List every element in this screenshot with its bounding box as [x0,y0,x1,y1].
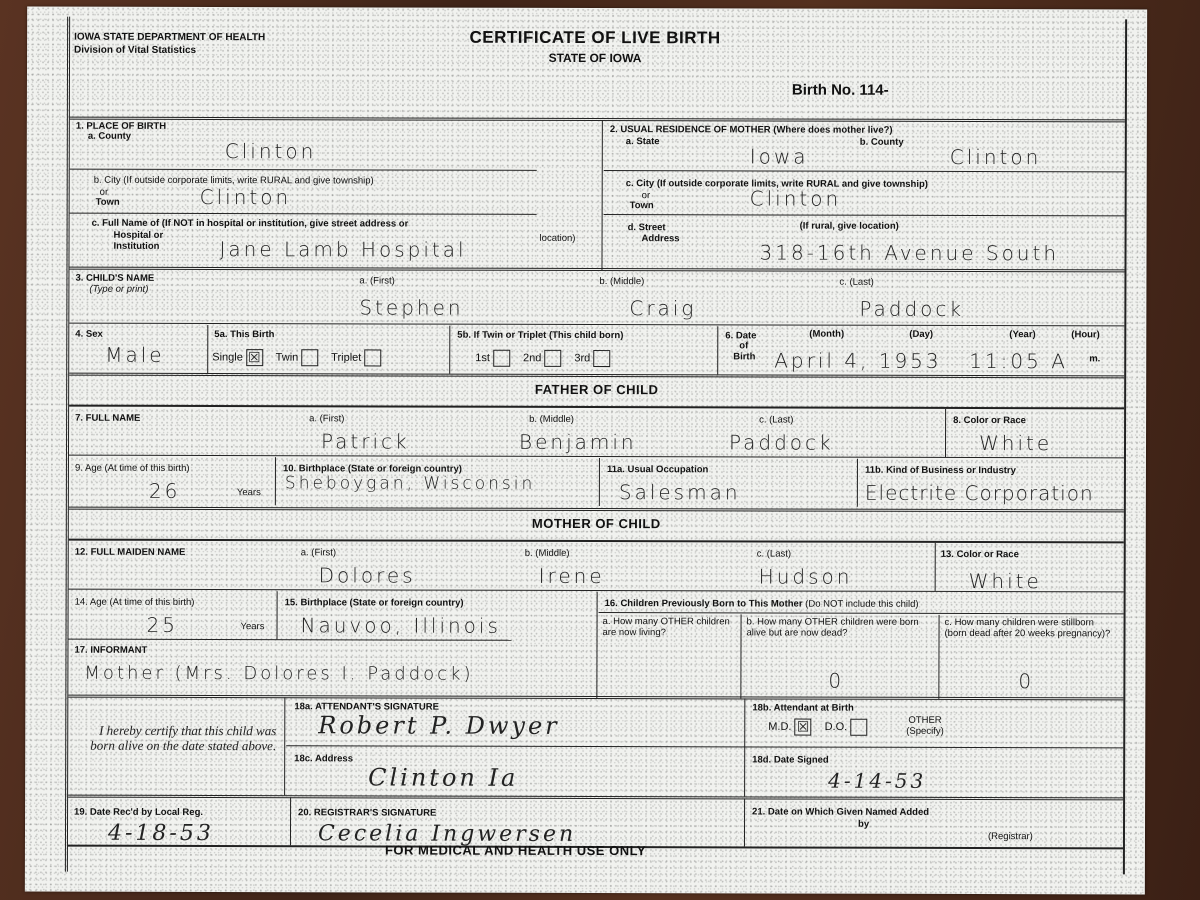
other-label: OTHER [906,715,944,726]
triplet-label: Triplet [331,352,361,364]
divider [938,615,939,699]
divider [284,697,285,795]
md-label: M.D. [768,721,791,733]
dob-label-birth: Birth [733,351,755,362]
single-label: Single [212,351,243,363]
department-header: IOWA STATE DEPARTMENT OF HEALTH Division… [74,31,265,58]
footer-note: FOR MEDICAL AND HEALTH USE ONLY [385,842,646,858]
twin-order-options: 1st 2nd 3rd [475,350,620,367]
father-race: White [979,431,1052,455]
first-order-label: 1st [475,352,490,364]
divider [277,591,278,639]
state-label: a. State [626,136,660,147]
by-label: by [858,819,869,830]
town-label: Town [630,200,654,211]
living-children-label: a. How many OTHER children are now livin… [603,616,735,638]
mother-middle-name: Irene [539,564,605,588]
divider [599,458,600,506]
triplet-checkbox[interactable] [364,349,381,366]
father-birthplace: Sheboygan, Wisconsin [285,475,585,493]
stillborn-label: c. How many children were stillborn (bor… [945,617,1115,639]
child-first-name: Stephen [359,295,463,319]
divider [68,795,1123,801]
birth-number: Birth No. 114- [792,82,889,99]
date-received-label: 19. Date Rec'd by Local Reg. [74,807,203,818]
location-label: location) [540,233,576,244]
first-label: a. (First) [359,275,394,286]
do-label: D.O. [825,721,848,733]
birth-city-value: Clinton [200,185,292,209]
twin-checkbox[interactable] [301,349,318,366]
divider [69,507,1124,513]
registrar-signature-label: 20. REGISTRAR'S SIGNATURE [298,807,436,818]
given-name-label: 21. Date on Which Given Named Added [752,806,929,817]
second-order-label: 2nd [523,352,541,364]
attendant-type-label: 18b. Attendant at Birth [752,702,854,713]
hospital-value: Jane Lamb Hospital [219,237,466,262]
dead-children-value: 0 [828,669,844,693]
father-occupation: Salesman [619,480,741,504]
child-middle-name: Craig [629,296,696,320]
county-label: a. County [88,131,131,142]
divider [69,405,1124,410]
town-label: Town [96,197,120,208]
hospital-label: c. Full Name of (If NOT in hospital or i… [92,218,409,230]
middle-label: b. (Middle) [525,548,570,559]
mother-name-label: 12. FULL MAIDEN NAME [75,547,186,558]
day-label: (Day) [909,329,933,340]
year-label: (Year) [1009,329,1035,340]
mother-birthplace: Nauvoo, Illinois [301,613,501,638]
md-checkbox[interactable]: ☒ [794,719,811,736]
month-label: (Month) [809,329,844,340]
occupation-label: 11a. Usual Occupation [607,464,708,475]
informant-value: Mother (Mrs. Dolores I. Paddock) [84,663,473,685]
divider [744,798,745,846]
twin-label: Twin [276,352,299,364]
hour-label: (Hour) [1071,329,1100,340]
divider [69,639,512,641]
divider [857,459,858,507]
street-note: (If rural, give location) [800,221,899,232]
children-label-text: 16. Children Previously Born to This Mot… [605,598,803,610]
stillborn-value: 0 [1018,669,1034,693]
date-received-value: 4-18-53 [108,821,214,846]
divider [604,214,1125,216]
date-signed-value: 4-14-53 [828,769,926,793]
mother-last-name: Hudson [759,564,853,588]
age-label: 9. Age (At time of this birth) [75,463,190,474]
first-label: a. (First) [301,547,336,558]
dob-label-of: of [739,340,748,351]
divider [290,797,291,845]
child-name-label: 3. CHILD'S NAME [75,273,154,284]
this-birth-label: 5a. This Birth [214,329,274,340]
hospital-label-3: Institution [114,241,160,252]
second-order-checkbox[interactable] [544,350,561,367]
street-label: d. Street [628,222,666,233]
residence-city-value: Clinton [750,186,842,210]
middle-label: b. (Middle) [529,414,574,425]
birth-number-value: 114- [859,82,888,99]
address-label: Address [642,233,680,244]
certificate-title: CERTIFICATE OF LIVE BIRTH STATE OF IOWA [430,28,760,66]
birthplace-label: 15. Birthplace (State or foreign country… [285,597,464,608]
residence-county-value: Clinton [950,145,1042,169]
divider [601,120,602,270]
divider [717,326,718,374]
subtitle-text: STATE OF IOWA [430,51,760,66]
attendant-address-label: 18c. Address [294,753,353,764]
race-label: 8. Color or Race [953,415,1026,426]
middle-label: b. (Middle) [599,276,644,287]
divider [207,325,208,373]
county-label: b. County [860,137,904,148]
divider [70,213,537,215]
father-first-name: Patrick [321,429,410,453]
mother-first-name: Dolores [319,563,416,587]
divider [935,543,936,591]
third-order-checkbox[interactable] [593,350,610,367]
divider [286,745,1123,748]
mother-age: 25 [147,613,179,637]
child-last-name: Paddock [859,297,964,321]
sex-label: 4. Sex [75,329,102,340]
single-checkbox[interactable]: ☒ [246,349,263,366]
first-order-checkbox[interactable] [493,350,510,367]
father-name-label: 7. FULL NAME [75,413,140,424]
attendant-address: Clinton Ia [368,763,518,791]
department-name: IOWA STATE DEPARTMENT OF HEALTH [74,31,265,45]
divider [70,169,537,171]
divider [69,539,1124,544]
divider [69,455,1124,459]
mother-residence-label: 2. USUAL RESIDENCE OF MOTHER (Where does… [610,124,893,136]
father-business: Electrite Corporation [865,481,1094,506]
dead-children-label: b. How many OTHER children were born ali… [747,616,933,638]
birth-hour-value: 11:05 A [969,349,1068,373]
do-checkbox[interactable] [850,719,867,736]
divider [69,323,1124,327]
divider [596,592,597,698]
other-label-group: OTHER (Specify) [906,715,944,737]
business-label: 11b. Kind of Business or Industry [865,465,1016,476]
father-section-title: FATHER OF CHILD [69,381,1124,399]
registrar-hint: (Registrar) [988,831,1033,842]
last-label: c. (Last) [757,548,791,559]
attendant-signature: Robert P. Dwyer [318,711,559,740]
last-label: c. (Last) [839,277,873,288]
race-label: 13. Color or Race [941,549,1019,560]
certificate-form: IOWA STATE DEPARTMENT OF HEALTH Division… [65,17,1127,875]
other-hint: (Specify) [906,726,944,737]
date-signed-label: 18d. Date Signed [752,754,829,765]
divider [599,612,1124,614]
twin-order-label: 5b. If Twin or Triplet (This child born) [457,330,623,341]
title-text: CERTIFICATE OF LIVE BIRTH [430,28,760,49]
father-middle-name: Benjamin [519,430,637,454]
divider [740,614,741,698]
certification-statement: I hereby certify that this child was bor… [76,723,276,754]
mother-race: White [969,569,1042,593]
dob-value: April 4, 1953 [774,348,941,372]
hospital-label-2: Hospital or [114,230,164,241]
child-name-hint: (Type or print) [89,284,148,295]
divider [449,326,450,374]
divider [604,170,1125,172]
birth-county-value: Clinton [225,139,317,163]
certificate-paper: IOWA STATE DEPARTMENT OF HEALTH Division… [25,7,1147,895]
residence-street-value: 318-16th Avenue South [759,240,1059,265]
attendant-type-options: M.D.☒ D.O. [768,718,877,735]
informant-label: 17. INFORMANT [74,645,147,656]
children-label: 16. Children Previously Born to This Mot… [605,598,919,610]
m-label: m. [1089,353,1100,364]
divider [275,457,276,505]
children-note: (Do NOT include this child) [805,599,918,610]
divider [68,695,1123,701]
birth-number-label: Birth No. [792,82,855,99]
last-label: c. (Last) [759,414,793,425]
mother-section-title: MOTHER OF CHILD [69,515,1124,533]
divider [945,409,946,457]
divider [69,267,1124,273]
this-birth-options: Single☒ Twin Triplet [212,349,391,366]
sex-value: Male [105,343,164,367]
divider [69,373,1124,379]
divider [70,117,1125,123]
years-label: Years [237,487,261,498]
third-order-label: 3rd [574,352,590,364]
residence-state-value: Iowa [750,144,809,168]
father-last-name: Paddock [729,430,834,454]
years-label: Years [241,621,265,632]
first-label: a. (First) [309,413,344,424]
division-name: Division of Vital Statistics [74,44,265,58]
father-age: 26 [149,479,181,503]
age-label: 14. Age (At time of this birth) [75,597,195,608]
